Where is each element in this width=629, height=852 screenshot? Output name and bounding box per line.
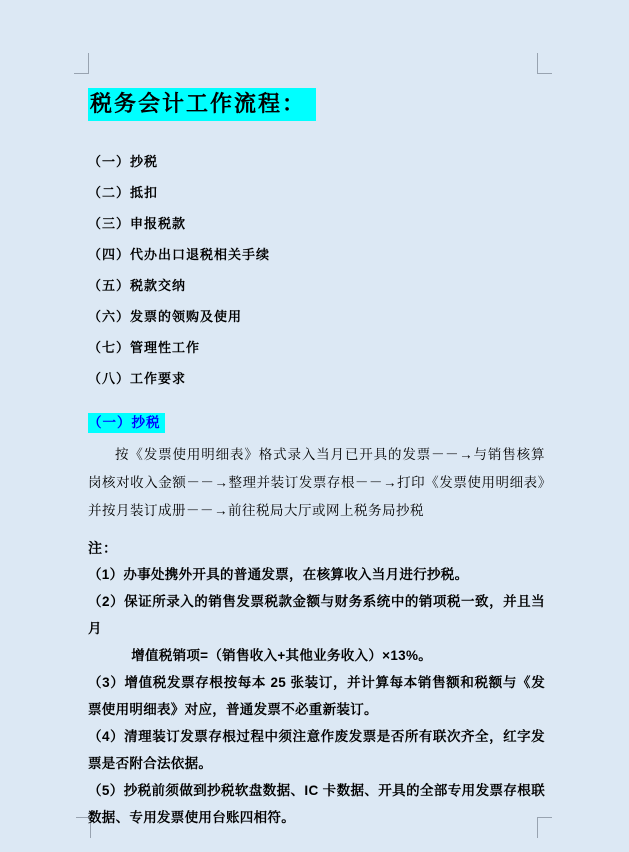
note-item-1: （1）办事处携外开具的普通发票，在核算收入当月进行抄税。 <box>88 561 545 588</box>
outline-item-5: （五）税款交纳 <box>88 275 545 294</box>
section-heading: （一）抄税 <box>88 413 165 433</box>
section-paragraph: 按《发票使用明细表》格式录入当月已开具的发票－－→与销售核算岗核对收入金额－－→… <box>88 441 545 525</box>
document-content: 税务会计工作流程： （一）抄税 （二）抵扣 （三）申报税款 （四）代办出口退税相… <box>88 88 545 831</box>
crop-mark-top-right <box>537 53 552 74</box>
document-page: 税务会计工作流程： （一）抄税 （二）抵扣 （三）申报税款 （四）代办出口退税相… <box>0 0 629 852</box>
outline-item-3: （三）申报税款 <box>88 213 545 232</box>
outline-item-7: （七）管理性工作 <box>88 337 545 356</box>
note-item-2-formula: 增值税销项=（销售收入+其他业务收入）×13%。 <box>88 642 545 669</box>
outline-item-2: （二）抵扣 <box>88 182 545 201</box>
outline-item-6: （六）发票的领购及使用 <box>88 306 545 325</box>
outline-item-1: （一）抄税 <box>88 151 545 170</box>
outline-item-4: （四）代办出口退税相关手续 <box>88 244 545 263</box>
note-label: 注： <box>88 535 545 561</box>
title-row: 税务会计工作流程： <box>88 88 545 121</box>
note-item-2-text: （2）保证所录入的销售发票税款金额与财务系统中的销项税一致，并且当月 <box>88 588 545 642</box>
document-title: 税务会计工作流程： <box>88 88 316 121</box>
note-item-2: （2）保证所录入的销售发票税款金额与财务系统中的销项税一致，并且当月 增值税销项… <box>88 588 545 669</box>
note-item-5: （5）抄税前须做到抄税软盘数据、IC 卡数据、开具的全部专用发票存根联数据、专用… <box>88 777 545 831</box>
outline-item-8: （八）工作要求 <box>88 368 545 387</box>
note-item-4: （4）清理装订发票存根过程中须注意作废发票是否所有联次齐全，红字发票是否附合法依… <box>88 723 545 777</box>
section-heading-row: （一）抄税 <box>88 413 545 433</box>
note-item-3: （3）增值税发票存根按每本 25 张装订，并计算每本销售额和税额与《发票使用明细… <box>88 669 545 723</box>
crop-mark-top-left <box>74 53 89 74</box>
outline-list: （一）抄税 （二）抵扣 （三）申报税款 （四）代办出口退税相关手续 （五）税款交… <box>88 151 545 387</box>
